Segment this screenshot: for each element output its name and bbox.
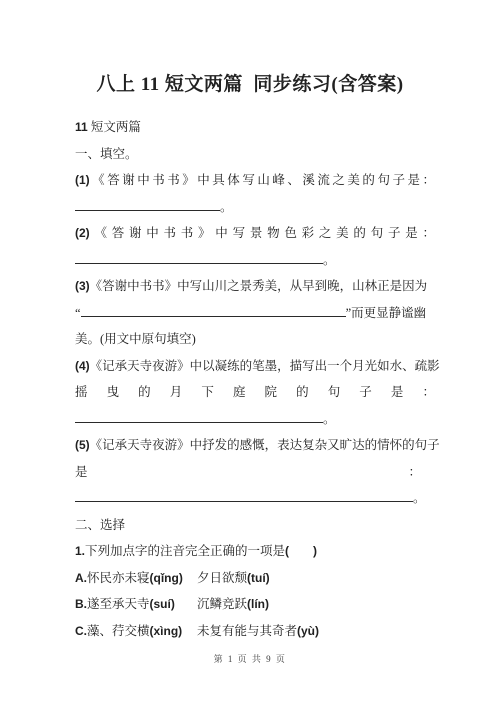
choice-option-c-pinyin1: (xìng): [150, 624, 183, 638]
choice-option-c-letter: C.: [75, 624, 87, 638]
answer-blank-1: [75, 196, 220, 211]
question-1: (1)《答谢中书书》中具体写山峰、溪流之美的句子是：: [75, 167, 435, 194]
question-2-number: (2): [75, 226, 90, 240]
question-1-number: (1): [75, 173, 90, 187]
choice-option-a-pinyin1: (qǐng): [150, 571, 183, 585]
choice-question-1-number: 1.: [75, 544, 85, 558]
choice-option-a-phrase1: 怀民亦未寝: [87, 571, 150, 585]
question-3-number: (3): [75, 279, 90, 293]
choice-option-b-pinyin1: (suí): [150, 597, 175, 611]
answer-line-5: 。: [75, 485, 435, 512]
question-1-text: 《答谢中书书》中具体写山峰、溪流之美的句子是：: [90, 173, 435, 187]
choice-option-a: A.怀民亦未寝(qǐng)夕日欲颓(tuí): [75, 565, 435, 592]
choice-option-c-pinyin2: (yù): [297, 624, 319, 638]
page-footer: 第 1 页 共 9 页: [0, 652, 500, 665]
choice-option-b-letter: B.: [75, 597, 87, 611]
choice-option-c-col1: C.藻、荇交横(xìng): [75, 618, 197, 645]
question-5-text: 《记承天寺夜游》中抒发的感慨，表达复杂又旷达的情怀的句子: [90, 438, 440, 452]
choice-option-b-phrase2: 沉鳞竞跃: [197, 597, 247, 611]
question-5-line2-left: 是: [75, 459, 88, 486]
answer-period-1: 。: [220, 200, 233, 214]
question-4-text: 《记承天寺夜游》中以凝练的笔墨，描写出一个月光如水、疏影: [90, 359, 440, 373]
choice-question-1-text: 下列加点字的注音完全正确的一项是: [85, 544, 285, 558]
section-fill-label: 一、填空。: [75, 141, 435, 168]
answer-blank-5: [75, 487, 413, 502]
answer-blank-3: [81, 302, 346, 317]
question-5-line2: 是：: [75, 459, 435, 486]
question-4-line2: 摇曳的月下庭院的句子是：: [75, 379, 435, 406]
worksheet-body: 11 短文两篇 一、填空。 (1)《答谢中书书》中具体写山峰、溪流之美的句子是：…: [0, 114, 500, 644]
choice-option-c-phrase1: 藻、荇交横: [87, 624, 150, 638]
answer-period-4: 。: [323, 412, 336, 426]
choice-option-a-phrase2: 夕日欲颓: [197, 571, 247, 585]
doc-heading-text: 短文两篇: [88, 120, 141, 134]
answer-period-2: 。: [323, 253, 336, 267]
question-2: (2)《答谢中书书》中写景物色彩之美的句子是：: [75, 220, 435, 247]
question-4-line1: (4)《记承天寺夜游》中以凝练的笔墨，描写出一个月光如水、疏影: [75, 353, 435, 380]
question-5-number: (5): [75, 438, 90, 452]
answer-line-4: 。: [75, 406, 435, 433]
question-3-after-blank: ”而更显静谧幽: [346, 306, 427, 320]
choice-question-1: 1.下列加点字的注音完全正确的一项是( ): [75, 538, 435, 565]
choice-option-b-pinyin2: (lín): [247, 597, 269, 611]
section-choice-label: 二、选择: [75, 512, 435, 539]
choice-option-c: C.藻、荇交横(xìng)未复有能与其奇者(yù): [75, 618, 435, 645]
answer-line-2: 。: [75, 247, 435, 274]
answer-blank-4: [75, 408, 323, 423]
doc-heading-number: 11: [75, 120, 88, 134]
answer-line-1: 。: [75, 194, 435, 221]
question-4-number: (4): [75, 359, 90, 373]
choice-option-c-phrase2: 未复有能与其奇者: [197, 624, 297, 638]
answer-period-5: 。: [413, 491, 426, 505]
choice-option-a-col1: A.怀民亦未寝(qǐng): [75, 565, 197, 592]
choice-option-a-letter: A.: [75, 571, 87, 585]
question-5-line2-colon: ：: [408, 459, 421, 486]
choice-option-b: B.遂至承天寺(suí)沉鳞竞跃(lín): [75, 591, 435, 618]
answer-blank-2: [75, 249, 323, 264]
question-2-text: 《答谢中书书》中写景物色彩之美的句子是：: [90, 226, 435, 240]
question-5-line1: (5)《记承天寺夜游》中抒发的感慨，表达复杂又旷达的情怀的句子: [75, 432, 435, 459]
worksheet-title: 八上 11 短文两篇 同步练习(含答案): [0, 0, 500, 100]
choice-option-b-phrase1: 遂至承天寺: [87, 597, 150, 611]
choice-option-a-pinyin2: (tuí): [247, 571, 270, 585]
question-3-text: 《答谢中书书》中写山川之景秀美，从早到晚，山林正是因为: [90, 279, 428, 293]
doc-heading: 11 短文两篇: [75, 114, 435, 141]
choice-option-b-col1: B.遂至承天寺(suí): [75, 591, 197, 618]
choice-question-1-paren: ( ): [285, 544, 317, 558]
question-3-line1: (3)《答谢中书书》中写山川之景秀美，从早到晚，山林正是因为: [75, 273, 435, 300]
worksheet-page: 八上 11 短文两篇 同步练习(含答案) 11 短文两篇 一、填空。 (1)《答…: [0, 0, 500, 707]
question-3-line3: 美。(用文中原句填空): [75, 326, 435, 353]
question-3-line2: “”而更显静谧幽: [75, 300, 435, 327]
